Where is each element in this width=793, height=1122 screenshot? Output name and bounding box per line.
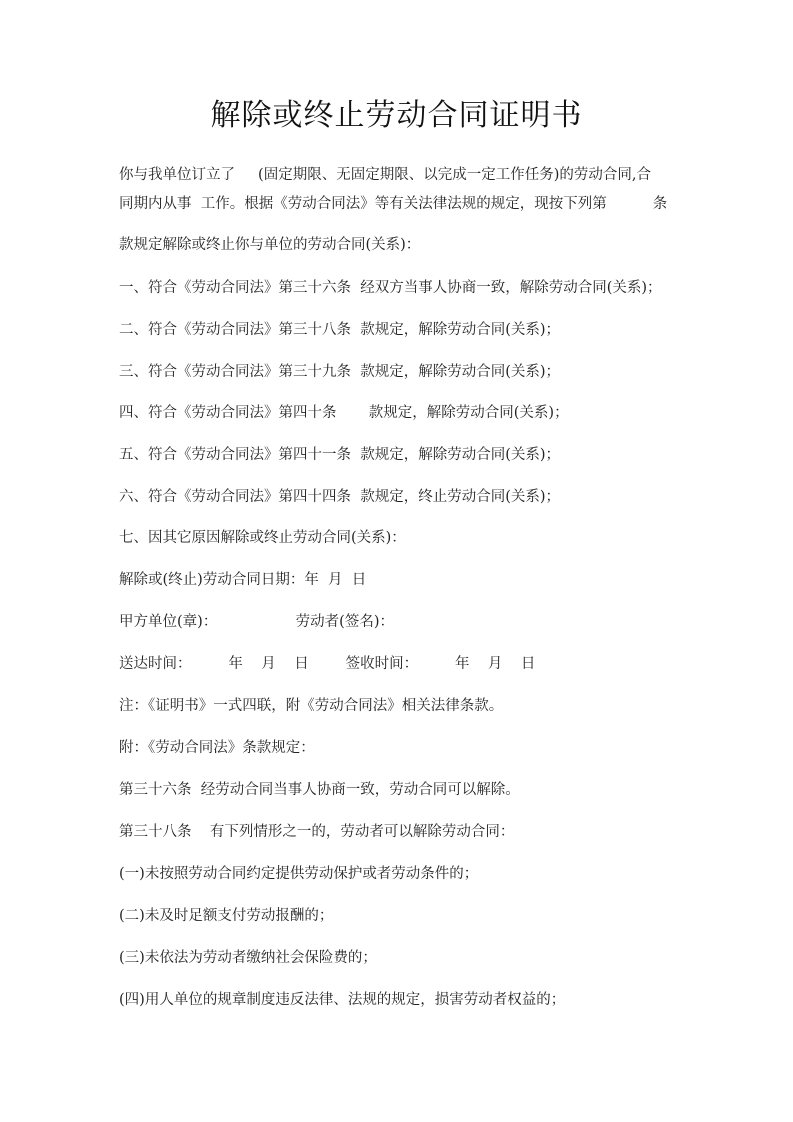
appendix-heading: 附：《劳动合同法》条款规定：	[119, 738, 315, 758]
document-title: 解除或终止劳动合同证明书	[0, 96, 793, 136]
article-38-item-1: (一)未按照劳动合同约定提供劳动保护或者劳动条件的；	[119, 864, 478, 884]
article-38-item-4: (四)用人单位的规章制度违反法律、法规的规定，损害劳动者权益的；	[119, 990, 565, 1010]
article-38-item-2: (二)未及时足额支付劳动报酬的；	[119, 906, 333, 926]
clause-6: 六、符合《劳动合同法》第四十四条 款规定，终止劳动合同(关系)；	[119, 487, 560, 507]
clause-4: 四、符合《劳动合同法》第四十条 款规定，解除劳动合同(关系)；	[119, 403, 569, 423]
intro-line-1: 你与我单位订立了 (固定期限、无固定期限、以完成一定工作任务)的劳动合同,合	[119, 165, 651, 185]
clause-1: 一、符合《劳动合同法》第三十六条 经双方当事人协商一致，解除劳动合同(关系)；	[119, 278, 662, 298]
clause-7: 七、因其它原因解除或终止劳动合同(关系)：	[119, 528, 406, 548]
delivery-fields: 送达时间： 年 月 日 签收时间： 年 月 日	[119, 654, 535, 674]
clause-3: 三、符合《劳动合同法》第三十九条 款规定，解除劳动合同(关系)；	[119, 362, 560, 382]
clause-2: 二、符合《劳动合同法》第三十八条 款规定，解除劳动合同(关系)；	[119, 320, 560, 340]
end-date-field: 解除或(终止)劳动合同日期：年 月 日	[119, 570, 366, 590]
note: 注：《证明书》一式四联，附《劳动合同法》相关法律条款。	[119, 696, 503, 716]
article-36: 第三十六条 经劳动合同当事人协商一致，劳动合同可以解除。	[119, 780, 520, 800]
article-38: 第三十八条 有下列情形之一的，劳动者可以解除劳动合同：	[119, 822, 514, 842]
document-page: 解除或终止劳动合同证明书 你与我单位订立了 (固定期限、无固定期限、以完成一定工…	[0, 0, 793, 1122]
intro-line-3: 款规定解除或终止你与单位的劳动合同(关系)：	[119, 235, 420, 255]
intro-line-2: 同期内从事 工作。根据《劳动合同法》等有关法律法规的规定，现按下列第 条	[119, 194, 667, 214]
clause-5: 五、符合《劳动合同法》第四十一条 款规定，解除劳动合同(关系)；	[119, 445, 560, 465]
signature-fields: 甲方单位(章)： 劳动者(签名)：	[119, 612, 394, 632]
article-38-item-3: (三)未依法为劳动者缴纳社会保险费的；	[119, 948, 377, 968]
